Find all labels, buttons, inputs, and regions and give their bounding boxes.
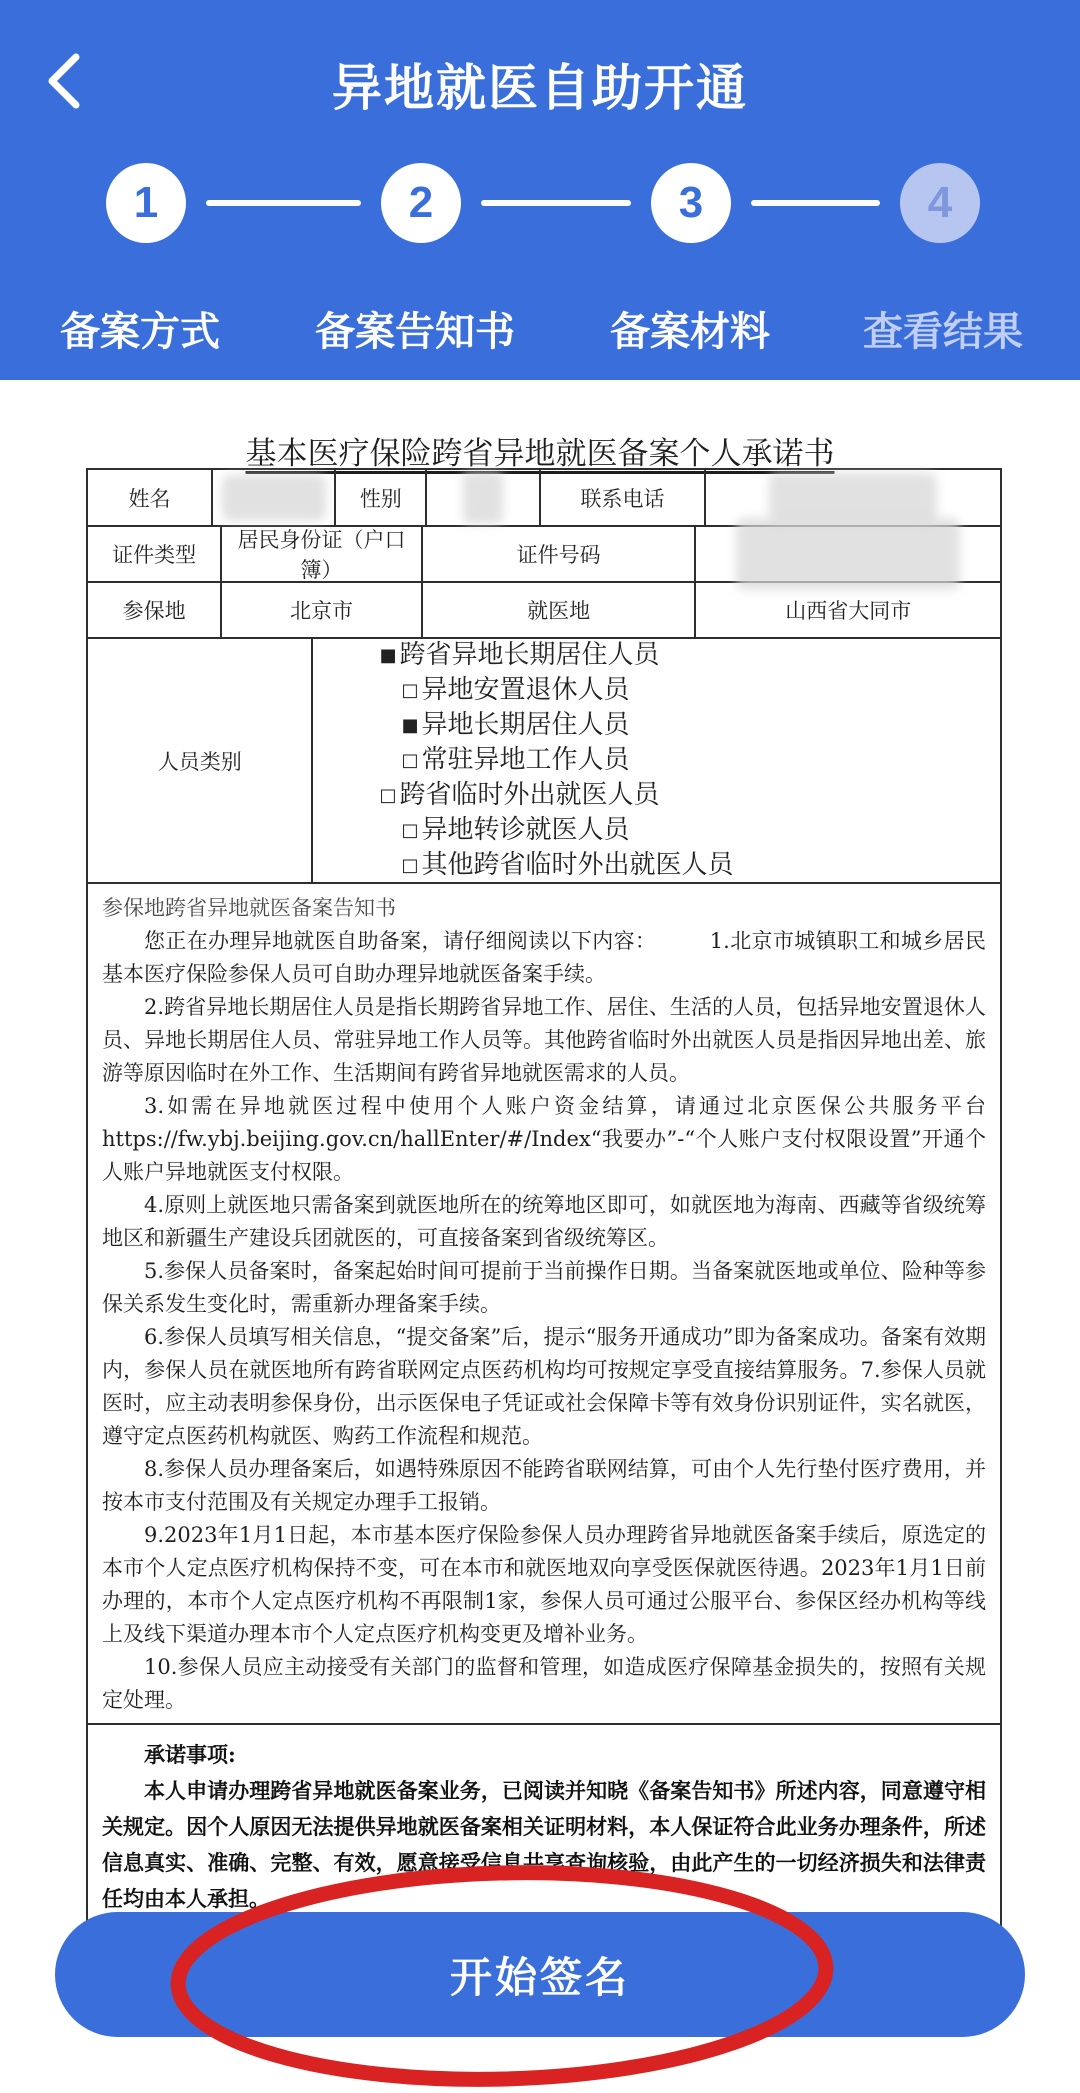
step-connector	[751, 200, 880, 206]
notice-paragraph: 10.参保人员应主动接受有关部门的监督和管理，如造成医疗保障基金损失的，按照有关…	[102, 1651, 986, 1717]
person-type-options: ■跨省异地长期居住人员 □异地安置退休人员 ■异地长期居住人员 □常驻异地工作人…	[311, 639, 1000, 882]
sex-value	[425, 470, 539, 525]
redacted-phone	[769, 473, 937, 523]
start-sign-button[interactable]: 开始签名	[55, 1912, 1025, 2037]
step-connector	[481, 200, 631, 206]
notice-paragraph: 5.参保人员备案时，备案起始时间可提前于当前操作日期。当备案就医地或单位、险种等…	[102, 1255, 986, 1321]
notice-heading: 参保地跨省异地就医备案告知书	[102, 892, 986, 925]
promise-section: 承诺事项: 本人申请办理跨省异地就医备案业务，已阅读并知晓《备案告知书》所述内容…	[88, 1723, 1000, 1935]
name-value	[211, 470, 334, 525]
step-connector	[206, 200, 361, 206]
person-type-label: 人员类别	[88, 639, 311, 882]
step-3-label: 备案材料	[610, 300, 770, 357]
step-1-label: 备案方式	[60, 300, 220, 357]
page-title: 异地就医自助开通	[0, 48, 1080, 120]
id-type-value: 居民身份证（户口簿）	[220, 527, 421, 581]
id-number-label: 证件号码	[421, 527, 695, 581]
id-number-value	[694, 527, 1000, 581]
person-type-option: ■异地长期居住人员	[379, 708, 629, 743]
notice-paragraph: 9.2023年1月1日起，本市基本医疗保险参保人员办理跨省异地就医备案手续后，原…	[102, 1519, 986, 1651]
step-4-circle: 4	[900, 163, 980, 243]
step-2-circle: 2	[381, 163, 461, 243]
notice-paragraph: 您正在办理异地就医自助备案，请仔细阅读以下内容： 1.北京市城镇职工和城乡居民基…	[102, 925, 986, 991]
checkbox-empty-icon: □	[401, 750, 418, 771]
redacted-sex	[463, 472, 503, 524]
commitment-document: 姓名 性别 联系电话 证件类型 居民身份证（户口簿） 证件号码 参保地 北京市 …	[86, 468, 1002, 1937]
phone-label: 联系电话	[539, 470, 703, 525]
checkbox-empty-icon: □	[401, 680, 418, 701]
option-label: 异地安置退休人员	[421, 675, 629, 705]
document-title: 基本医疗保险跨省异地就医备案个人承诺书	[0, 428, 1080, 473]
person-type-option: ■跨省异地长期居住人员	[379, 638, 659, 673]
app-screen: 异地就医自助开通 1 2 3 4 备案方式 备案告知书 备案材料 查看结果 基本…	[0, 0, 1080, 2093]
option-label: 常驻异地工作人员	[421, 745, 629, 775]
treat-place-value: 山西省大同市	[694, 583, 1000, 637]
redacted-name	[222, 475, 326, 521]
page-header: 异地就医自助开通 1 2 3 4 备案方式 备案告知书 备案材料 查看结果	[0, 0, 1080, 380]
option-label: 其他跨省临时外出就医人员	[421, 850, 733, 880]
step-2-label: 备案告知书	[315, 300, 515, 357]
notice-section: 参保地跨省异地就医备案告知书 您正在办理异地就医自助备案，请仔细阅读以下内容： …	[88, 882, 1000, 1723]
treat-place-label: 就医地	[421, 583, 695, 637]
id-type-label: 证件类型	[88, 527, 220, 581]
option-label: 跨省临时外出就医人员	[399, 780, 659, 810]
option-label: 异地转诊就医人员	[421, 815, 629, 845]
promise-heading: 承诺事项:	[102, 1737, 986, 1773]
step-1-circle: 1	[106, 163, 186, 243]
table-row-person-type: 人员类别 ■跨省异地长期居住人员 □异地安置退休人员 ■异地长期居住人员 □常驻…	[88, 637, 1000, 882]
person-type-option: □异地转诊就医人员	[379, 813, 629, 848]
promise-body: 本人申请办理跨省异地就医备案业务，已阅读并知晓《备案告知书》所述内容，同意遵守相…	[102, 1773, 986, 1917]
checkbox-checked-icon: ■	[401, 715, 418, 736]
person-type-option: □常驻异地工作人员	[379, 743, 629, 778]
notice-paragraph: 4.原则上就医地只需备案到就医地所在的统筹地区即可，如就医地为海南、西藏等省级统…	[102, 1189, 986, 1255]
phone-value	[704, 470, 1000, 525]
insured-place-value: 北京市	[220, 583, 421, 637]
redacted-id-number	[736, 518, 960, 590]
checkbox-empty-icon: □	[379, 785, 396, 806]
checkbox-empty-icon: □	[401, 855, 418, 876]
table-row-id-card: 证件类型 居民身份证（户口簿） 证件号码	[88, 525, 1000, 581]
notice-paragraph: 2.跨省异地长期居住人员是指长期跨省异地工作、居住、生活的人员，包括异地安置退休…	[102, 991, 986, 1090]
person-type-option: □跨省临时外出就医人员	[379, 778, 659, 813]
notice-paragraph: 3.如需在异地就医过程中使用个人账户资金结算，请通过北京医保公共服务平台http…	[102, 1090, 986, 1189]
checkbox-checked-icon: ■	[379, 645, 396, 666]
insured-place-label: 参保地	[88, 583, 220, 637]
table-row-identity: 姓名 性别 联系电话	[88, 470, 1000, 525]
person-type-option: □其他跨省临时外出就医人员	[379, 848, 733, 883]
option-label: 异地长期居住人员	[421, 710, 629, 740]
name-label: 姓名	[88, 470, 211, 525]
sex-label: 性别	[334, 470, 425, 525]
notice-paragraph: 6.参保人员填写相关信息，“提交备案”后，提示“服务开通成功”即为备案成功。备案…	[102, 1321, 986, 1453]
step-4-label: 查看结果	[863, 300, 1023, 357]
person-type-option: □异地安置退休人员	[379, 673, 629, 708]
notice-paragraph: 8.参保人员办理备案后，如遇特殊原因不能跨省联网结算，可由个人先行垫付医疗费用，…	[102, 1453, 986, 1519]
checkbox-empty-icon: □	[401, 820, 418, 841]
option-label: 跨省异地长期居住人员	[399, 640, 659, 670]
step-3-circle: 3	[651, 163, 731, 243]
